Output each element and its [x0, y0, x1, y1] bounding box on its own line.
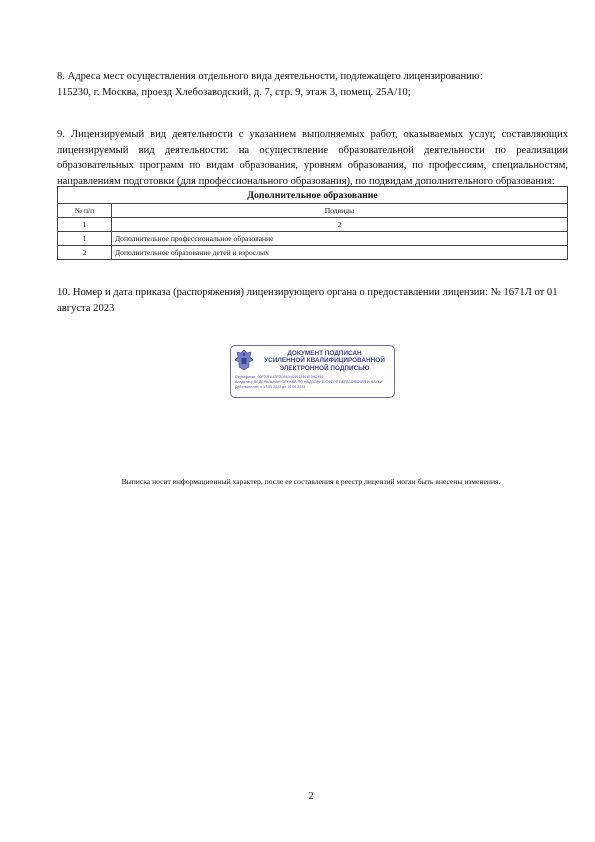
row-number: 2 — [58, 246, 112, 260]
index-cell: 1 — [58, 218, 112, 232]
row-number: 1 — [58, 232, 112, 246]
index-cell: 2 — [112, 218, 568, 232]
table-header-row: № п/п Подвиды — [58, 204, 568, 218]
stamp-title: ДОКУМЕНТ ПОДПИСАН УСИЛЕННОЙ КВАЛИФИЦИРОВ… — [257, 350, 392, 372]
header-number: № п/п — [58, 204, 112, 218]
section-10-order: 10. Номер и дата приказа (распоряжения) … — [57, 285, 568, 316]
section-8-address: 115230, г. Москва, проезд Хлебозаводский… — [57, 85, 568, 101]
electronic-signature-stamp: ДОКУМЕНТ ПОДПИСАН УСИЛЕННОЙ КВАЛИФИЦИРОВ… — [230, 345, 395, 398]
coat-of-arms-icon — [234, 349, 254, 371]
section-8-addresses: 8. Адреса мест осуществления отдельного … — [57, 69, 568, 100]
stamp-validity: Действителен: с 17.05.2022 до 10.08.2023 — [235, 385, 392, 390]
row-subtype: Дополнительное профессиональное образова… — [112, 232, 568, 246]
section-8-heading: 8. Адреса мест осуществления отдельного … — [57, 69, 568, 85]
table-row: 2 Дополнительное образование детей и взр… — [58, 246, 568, 260]
informational-notice: Выписка носит информационный характер, п… — [0, 477, 595, 486]
table-caption: Дополнительное образование — [58, 187, 568, 204]
stamp-title-line: ЭЛЕКТРОННОЙ ПОДПИСЬЮ — [257, 365, 392, 372]
page-number: 2 — [0, 791, 595, 802]
additional-education-table: Дополнительное образование № п/п Подвиды… — [57, 186, 568, 260]
row-subtype: Дополнительное образование детей и взрос… — [112, 246, 568, 260]
stamp-title-line: УСИЛЕННОЙ КВАЛИФИЦИРОВАННОЙ — [257, 357, 392, 364]
table-row: 1 Дополнительное профессиональное образо… — [58, 232, 568, 246]
header-subtypes: Подвиды — [112, 204, 568, 218]
stamp-certificate-info: Сертификат: 00F29EA12FDD5634C4913464E09C… — [235, 375, 392, 391]
table-index-row: 1 2 — [58, 218, 568, 232]
section-9-activity: 9. Лицензируемый вид деятельности с указ… — [57, 127, 568, 189]
